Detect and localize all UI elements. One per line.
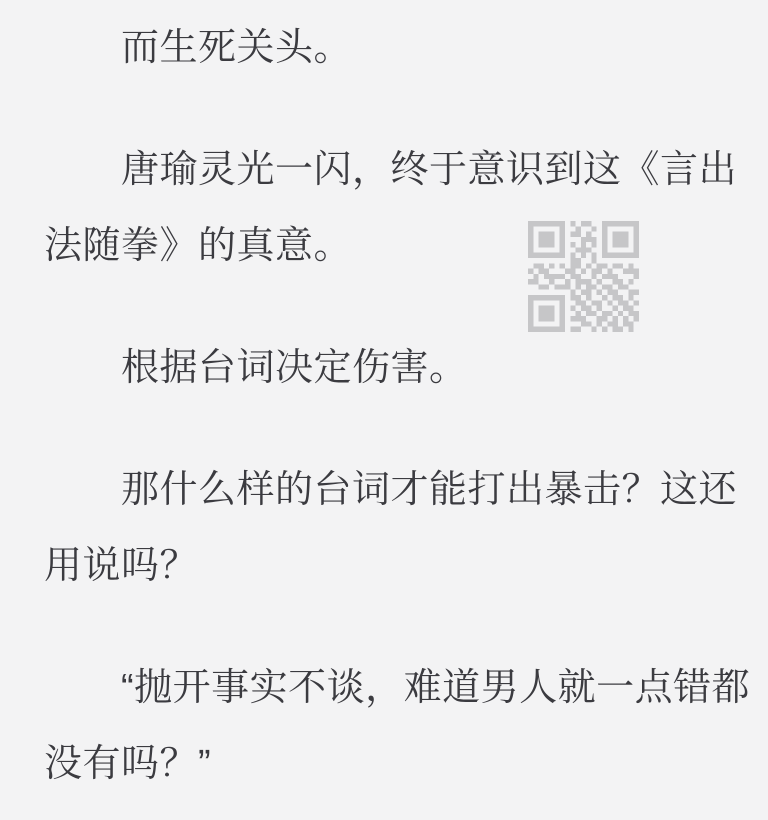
reader-text: 而生死关头。唐瑜灵光一闪，终于意识到这《言出 法随拳》的真意。根据台词决定伤害。… bbox=[44, 10, 752, 802]
novel-reader-content[interactable]: 而生死关头。唐瑜灵光一闪，终于意识到这《言出 法随拳》的真意。根据台词决定伤害。… bbox=[0, 0, 768, 820]
reader-page[interactable]: { "page": { "background_color": "#f3f3f4… bbox=[0, 0, 768, 820]
paragraph: 根据台词决定伤害。 bbox=[44, 330, 752, 406]
paragraph: 而生死关头。 bbox=[44, 10, 752, 86]
paragraph: “抛开事实不谈，难道男人就一点错都 没有吗？” bbox=[44, 650, 752, 802]
paragraph: 唐瑜灵光一闪，终于意识到这《言出 法随拳》的真意。 bbox=[44, 132, 752, 284]
paragraph: 那什么样的台词才能打出暴击？这还 用说吗？ bbox=[44, 452, 752, 604]
